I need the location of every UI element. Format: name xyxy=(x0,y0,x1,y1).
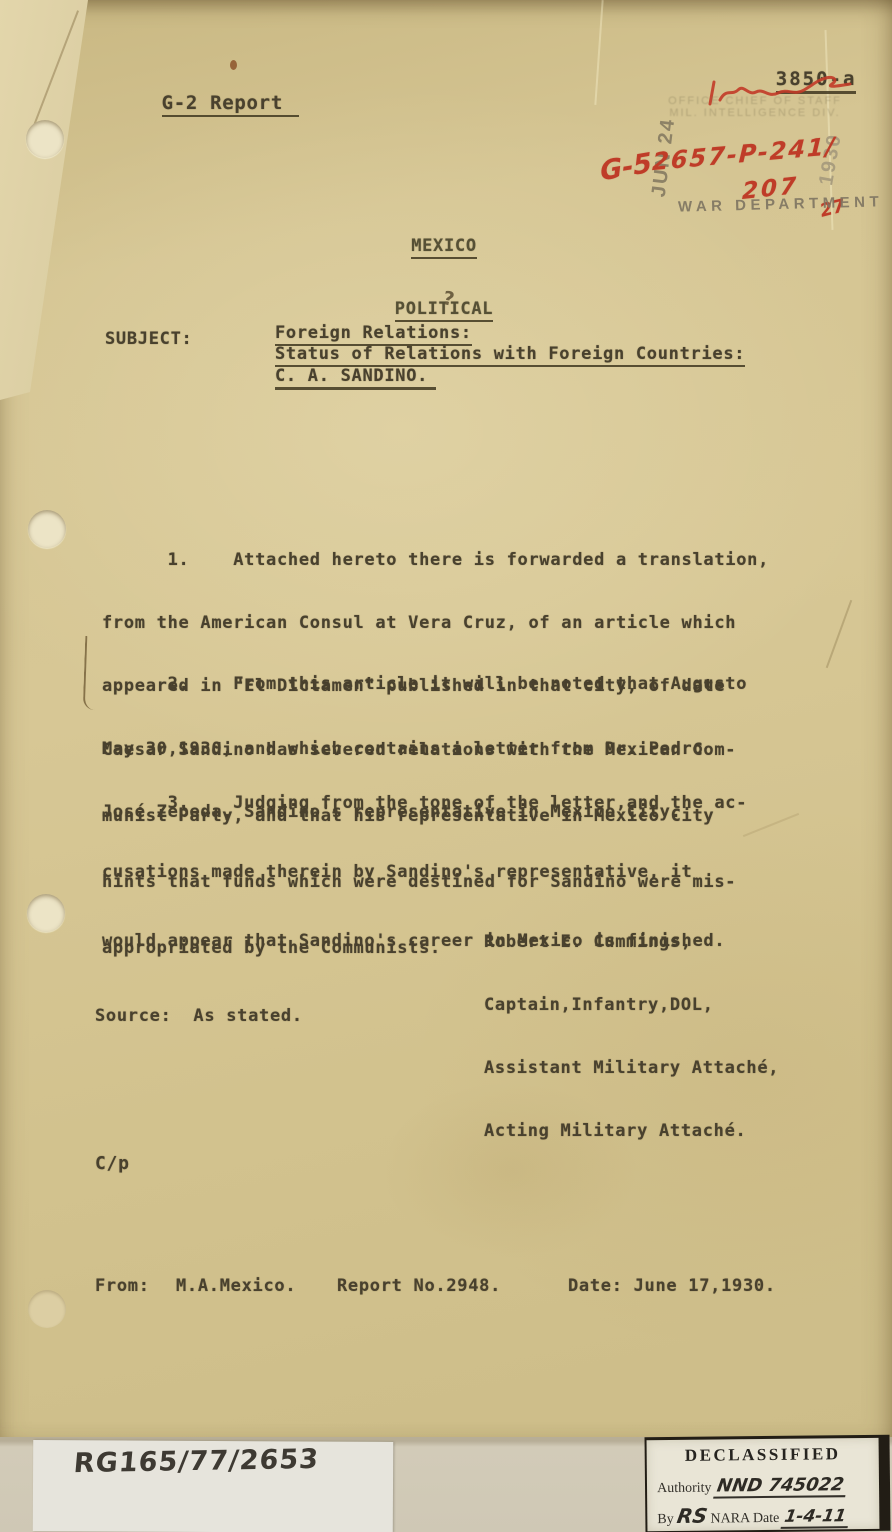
p3-line: 3. Judging from the tone of the letter,a… xyxy=(102,792,747,815)
report-number: Report No.2948. xyxy=(337,1276,501,1296)
g2-report-label: G-2 Report xyxy=(162,92,299,117)
punch-hole-1 xyxy=(26,120,64,158)
p2-line: 2. From this article it will be noted th… xyxy=(102,673,747,695)
g2-report-heading: G-2 Report xyxy=(113,70,299,139)
office-stamp-line2: MIL. INTELLIGENCE DIV. xyxy=(655,107,855,119)
declassified-label: DECLASSIFIED Authority NND 745022 By RS … xyxy=(647,1438,880,1531)
subject-line2: Status of Relations with Foreign Countri… xyxy=(275,344,745,367)
authority-label: Authority xyxy=(657,1481,712,1497)
signature-line: Captain,Infantry,DOL, xyxy=(484,995,779,1016)
signature-block: Robert E. Cummings, Captain,Infantry,DOL… xyxy=(484,890,779,1184)
signature-line: Acting Military Attaché. xyxy=(484,1121,779,1142)
subject-line1: Foreign Relations: xyxy=(275,323,472,346)
source-label: Source: xyxy=(95,1006,172,1026)
subject-line3: C. A. SANDINO. xyxy=(275,366,436,390)
from-value: M.A.Mexico. xyxy=(176,1276,296,1296)
nara-date-value-handwritten: 1-4-11 xyxy=(781,1506,852,1529)
p1-line: 1. Attached hereto there is forwarded a … xyxy=(102,550,769,571)
authority-value-handwritten: NND 745022 xyxy=(713,1474,849,1498)
report-date: Date: June 17,1930. xyxy=(568,1276,776,1296)
punch-hole-4 xyxy=(28,1290,66,1328)
declassified-title: DECLASSIFIED xyxy=(647,1444,879,1466)
punch-hole-3 xyxy=(27,894,65,932)
margin-pen-mark xyxy=(83,636,98,710)
nara-date-label: NARA Date xyxy=(710,1511,779,1527)
by-label: By xyxy=(657,1512,673,1527)
rg-number-annotation: RG165/77/2653 xyxy=(72,1444,320,1479)
from-label: From: xyxy=(95,1276,150,1296)
authority-row: Authority NND 745022 xyxy=(657,1474,848,1499)
title-line1: MEXICO xyxy=(411,236,477,259)
declassified-label-frame: DECLASSIFIED Authority NND 745022 By RS … xyxy=(645,1435,891,1532)
signature-line: Robert E. Cummings, xyxy=(484,932,779,953)
subject-label: SUBJECT: xyxy=(105,329,192,349)
by-value-handwritten: RS xyxy=(675,1504,709,1528)
signature-line: Assistant Military Attaché, xyxy=(484,1058,779,1079)
source-value: As stated. xyxy=(193,1006,302,1026)
typist-notation: C/p xyxy=(95,1153,130,1174)
by-row: By RS NARA Date 1-4-11 xyxy=(657,1502,850,1530)
punch-hole-2 xyxy=(28,510,66,548)
document-scan: G-2 Report 3850-a OFFICE CHIEF OF STAFF … xyxy=(0,0,892,1532)
source-line: Source: As stated. xyxy=(95,1006,303,1026)
p3-line: cusations made therein by Sandino's repr… xyxy=(102,861,747,884)
office-stamp-line1: OFFICE CHIEF OF STAFF xyxy=(655,95,855,107)
stain-fleck xyxy=(230,60,237,70)
faint-office-stamp: OFFICE CHIEF OF STAFF MIL. INTELLIGENCE … xyxy=(655,95,855,119)
